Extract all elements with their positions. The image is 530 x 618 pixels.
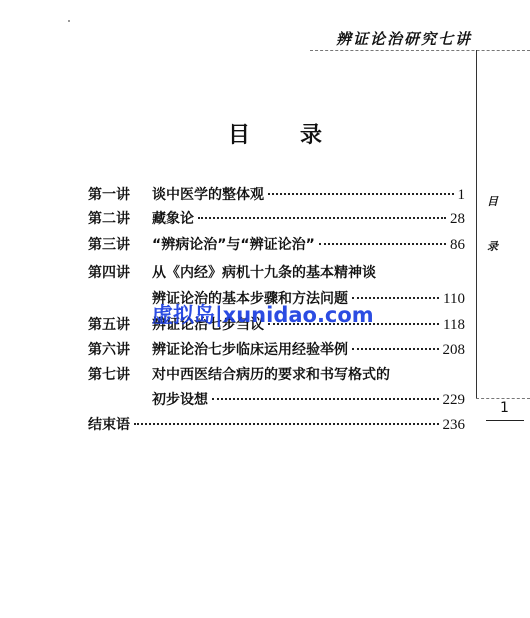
toc-page: 1 bbox=[458, 187, 466, 204]
toc-lecture: 第七讲 bbox=[88, 364, 152, 384]
title-char-2: 录 bbox=[300, 118, 322, 149]
toc-page: 110 bbox=[443, 291, 465, 308]
page-number-underline bbox=[486, 420, 524, 421]
watermark: 虚拟岛|xunidao.com bbox=[152, 299, 374, 329]
toc-page: 28 bbox=[450, 211, 465, 228]
dot-leader bbox=[212, 398, 439, 400]
toc-entry[interactable]: 第六讲 辨证论治七步临床运用经验举例 208 bbox=[88, 339, 465, 361]
scan-speck bbox=[68, 20, 70, 22]
toc-lecture: 第五讲 bbox=[88, 314, 152, 334]
toc-page: 118 bbox=[443, 317, 465, 334]
header-dashed-rule bbox=[310, 50, 530, 51]
toc-entry-continuation[interactable]: 初步设想 229 bbox=[88, 389, 465, 411]
toc-lecture: 第三讲 bbox=[88, 234, 152, 254]
toc-entry[interactable]: 第一讲 谈中医学的整体观 1 bbox=[88, 184, 465, 206]
side-tab-char-2: 录 bbox=[487, 238, 498, 254]
side-tab-char-1: 目 bbox=[487, 193, 498, 209]
toc-text: 对中西医结合病历的要求和书写格式的 bbox=[152, 364, 390, 384]
toc-entry[interactable]: 第二讲 藏象论 28 bbox=[88, 208, 465, 230]
dot-leader bbox=[319, 243, 446, 245]
toc-page: 86 bbox=[450, 237, 465, 254]
toc-page: 229 bbox=[443, 392, 466, 409]
toc-lecture: 第一讲 bbox=[88, 184, 152, 204]
toc-text: 藏象论 bbox=[152, 208, 194, 228]
toc-lecture: 第六讲 bbox=[88, 339, 152, 359]
page-number: 1 bbox=[500, 400, 509, 416]
toc-page: 236 bbox=[443, 417, 466, 434]
toc-entry[interactable]: 第四讲 从《内经》病机十九条的基本精神谈 bbox=[88, 262, 465, 284]
title-char-1: 目 bbox=[228, 118, 250, 149]
toc-text: 谈中医学的整体观 bbox=[152, 184, 264, 204]
toc-lecture: 第二讲 bbox=[88, 208, 152, 228]
toc-entry[interactable]: 第三讲 “辨病论治”与“辨证论治” 86 bbox=[88, 234, 465, 256]
page-title: 目 录 bbox=[0, 118, 530, 148]
toc-text: 辨证论治七步临床运用经验举例 bbox=[152, 339, 348, 359]
toc-text: “辨病论治”与“辨证论治” bbox=[152, 234, 315, 254]
toc-entry[interactable]: 第七讲 对中西医结合病历的要求和书写格式的 bbox=[88, 364, 465, 386]
margin-vertical-rule bbox=[476, 50, 477, 398]
margin-dashed-rule bbox=[476, 398, 530, 399]
toc-page: 208 bbox=[443, 342, 466, 359]
toc-text: 从《内经》病机十九条的基本精神谈 bbox=[152, 262, 376, 282]
dot-leader bbox=[268, 193, 454, 195]
document-page: 辨证论治研究七讲 目 录 1 目 录 第一讲 谈中医学的整体观 1 第二讲 藏象… bbox=[0, 0, 530, 618]
dot-leader bbox=[352, 348, 439, 350]
toc-entry[interactable]: 结束语 236 bbox=[88, 414, 465, 436]
toc-lecture: 结束语 bbox=[88, 414, 130, 434]
toc-lecture: 第四讲 bbox=[88, 262, 152, 282]
dot-leader bbox=[134, 423, 439, 425]
dot-leader bbox=[198, 217, 446, 219]
toc-text: 初步设想 bbox=[152, 389, 208, 409]
running-header-title: 辨证论治研究七讲 bbox=[336, 28, 472, 49]
